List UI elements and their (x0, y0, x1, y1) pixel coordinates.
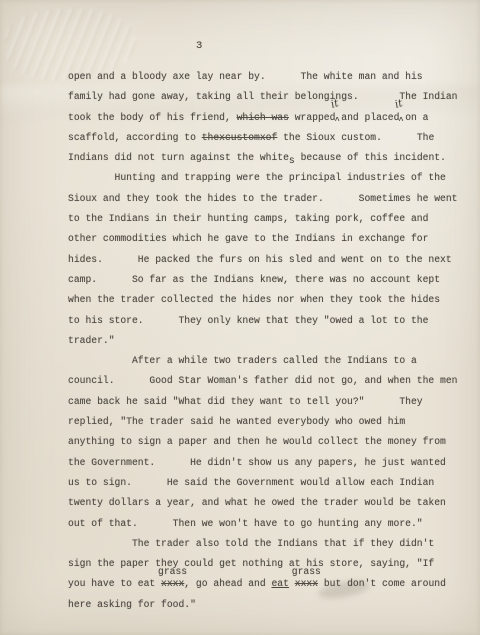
typewritten-line: took the body of his friend, which was w… (68, 108, 468, 128)
typewritten-line: family had gone away, taking all their b… (68, 87, 468, 107)
typewritten-line: Indians did not turn against the whites … (68, 148, 468, 168)
document-page: 3 open and a bloody axe lay near by. The… (0, 0, 480, 635)
typewritten-line: Hunting and trapping were the principal … (68, 168, 468, 188)
typewritten-line: camp. So far as the Indians knew, there … (68, 270, 468, 290)
typewritten-line: us to sign. He said the Government would… (68, 473, 468, 493)
typewritten-line: The trader also told the Indians that if… (68, 534, 468, 554)
typewritten-line: trader." (68, 331, 468, 351)
typewritten-line: twenty dollars a year, and what he owed … (68, 493, 468, 513)
scanned-typewritten-page: { "page": { "number": "3" }, "colors": {… (0, 0, 480, 635)
typewritten-line: sign the paper they could get nothing at… (68, 554, 468, 574)
typewritten-line: other commodities which he gave to the I… (68, 229, 468, 249)
page-number: 3 (196, 40, 202, 52)
typed-correction-above: grass (292, 567, 321, 577)
typewritten-line: you have to eat xxxxgrass, go ahead and … (68, 574, 468, 594)
typewritten-line: here asking for food." (68, 595, 468, 615)
typewritten-line: open and a bloody axe lay near by. The w… (68, 67, 468, 87)
typewritten-line: council. Good Star Woman's father did no… (68, 371, 468, 391)
typewritten-line: to the Indians in their hunting camps, t… (68, 209, 468, 229)
typewritten-line: replied, "The trader said he wanted ever… (68, 412, 468, 432)
typewritten-line: when the trader collected the hides nor … (68, 290, 468, 310)
typewritten-text-block: open and a bloody axe lay near by. The w… (68, 67, 468, 615)
typewritten-line: hides. He packed the furs on his sled an… (68, 250, 468, 270)
typed-correction-above: grass (158, 567, 187, 577)
typewritten-line: the Government. He didn't show us any pa… (68, 453, 468, 473)
typewritten-line: to his store. They only knew that they "… (68, 311, 468, 331)
typewritten-line: Sioux and they took the hides to the tra… (68, 189, 468, 209)
typewritten-line: After a while two traders called the Ind… (68, 351, 468, 371)
typewritten-line: out of that. Then we won't have to go hu… (68, 514, 468, 534)
typewritten-line: came back he said "What did they want to… (68, 392, 468, 412)
typewritten-line: scaffold, according to thexcustomxof the… (68, 128, 468, 148)
insertion-caret-mark: ^ (398, 117, 403, 126)
insertion-caret-mark: ^ (334, 117, 339, 126)
typewritten-line: anything to sign a paper and then he wou… (68, 432, 468, 452)
